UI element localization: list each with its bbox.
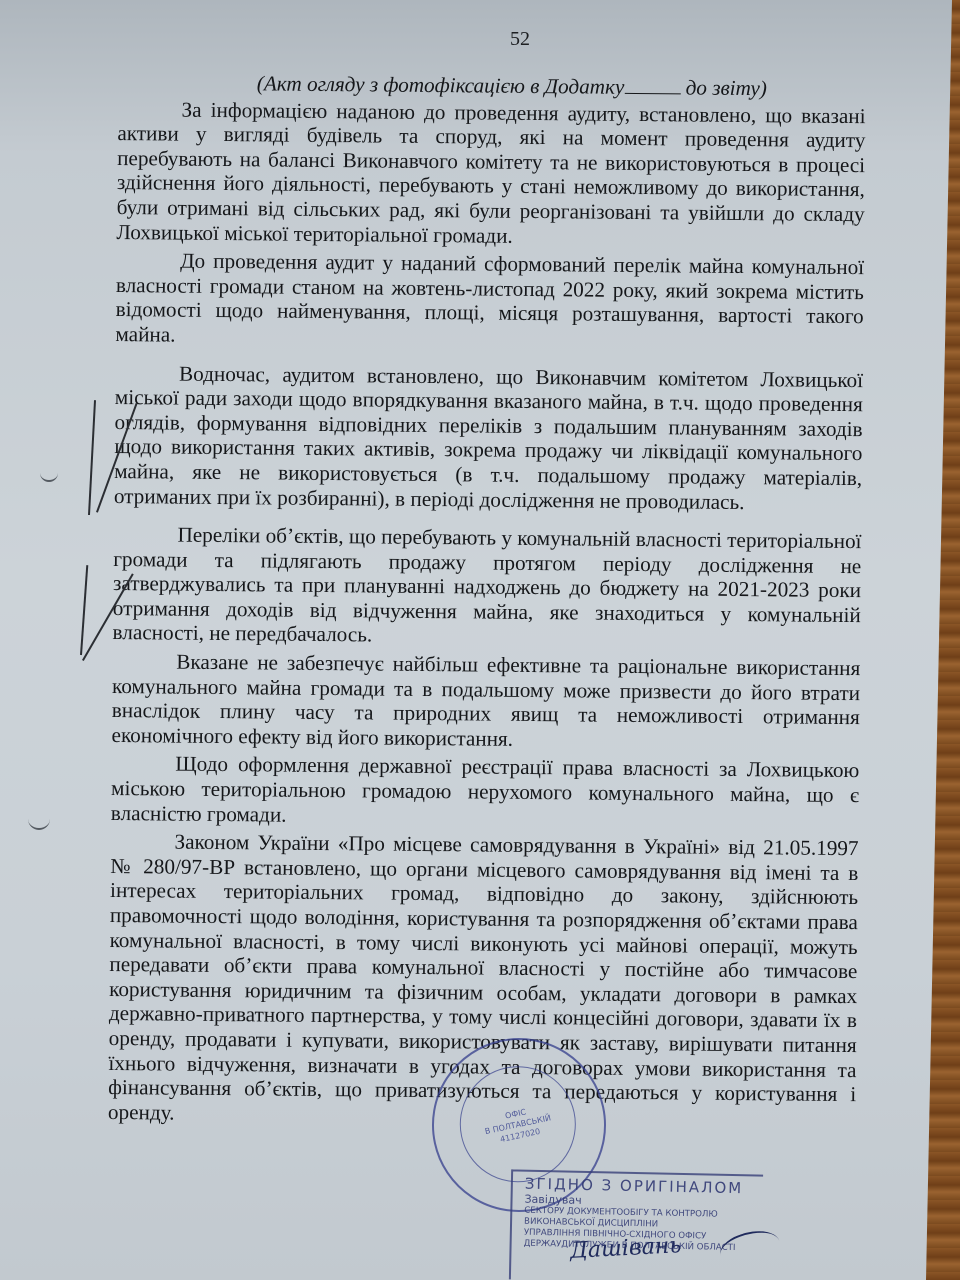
paragraph-1: За інформацією наданою до проведення ауд… — [116, 97, 865, 252]
pencil-mark-icon — [40, 470, 58, 482]
caption-text: (Акт огляду з фотофіксацією в Додатку — [257, 71, 625, 99]
caption-blank-line — [624, 79, 680, 95]
check-mark-icon — [88, 400, 96, 515]
paragraph-6: Щодо оформлення державної реєстрації пра… — [111, 751, 860, 832]
paragraph-2: До проведення аудит у наданий сформовани… — [115, 248, 864, 354]
document-page: 52 (Акт огляду з фотофіксацією в Додатку… — [0, 0, 952, 1280]
caption-text-end: до звіту) — [680, 75, 767, 100]
paragraph-5: Вказане не забезпечує найбільш ефективне… — [111, 649, 860, 755]
paragraph-3: Водночас, аудитом встановлено, що Викона… — [114, 361, 863, 516]
pencil-mark-icon — [28, 816, 50, 830]
page-number: 52 — [0, 28, 960, 51]
paragraph-4: Переліки об’єктів, що перебувають у кому… — [112, 522, 861, 652]
document-body: (Акт огляду з фотофіксацією в Додатку до… — [108, 70, 866, 1131]
check-mark-icon — [80, 565, 88, 655]
